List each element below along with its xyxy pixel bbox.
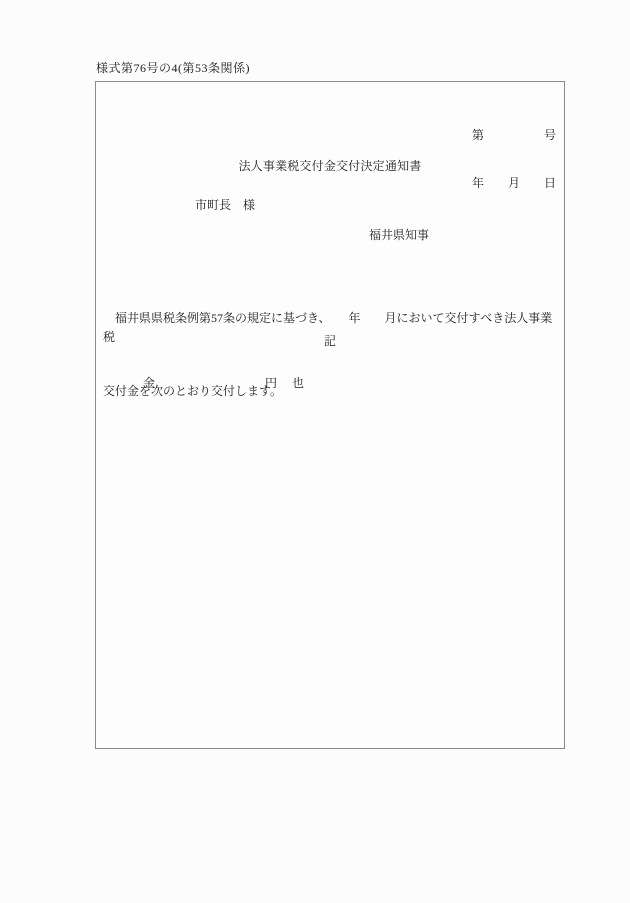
amount-nari-suffix: 也 [292, 374, 304, 391]
document-date-line: 年 月 日 [472, 175, 556, 191]
record-marker: 記 [96, 332, 564, 349]
form-style-label: 様式第76号の4(第53条関係) [96, 59, 250, 76]
amount-unit-yen: 円 [265, 374, 277, 391]
document-number-line: 第 号 [472, 127, 556, 143]
notice-border-box: 第 号 年 月 日 法人事業税交付金交付決定通知書 市町長 様 福井県知事 福井… [95, 81, 565, 749]
notice-title: 法人事業税交付金交付決定通知書 [96, 157, 564, 174]
addressee-line: 市町長 様 [195, 199, 255, 211]
amount-currency-prefix: 金 [143, 374, 155, 391]
sender-line: 福井県知事 [369, 229, 429, 241]
body-paragraph: 福井県県税条例第57条の規定に基づき、 年 月において交付すべき法人事業税 交付… [103, 273, 561, 437]
document-page: 様式第76号の4(第53条関係) 第 号 年 月 日 法人事業税交付金交付決定通… [0, 0, 630, 903]
amount-line: 金 円 也 [96, 374, 564, 390]
